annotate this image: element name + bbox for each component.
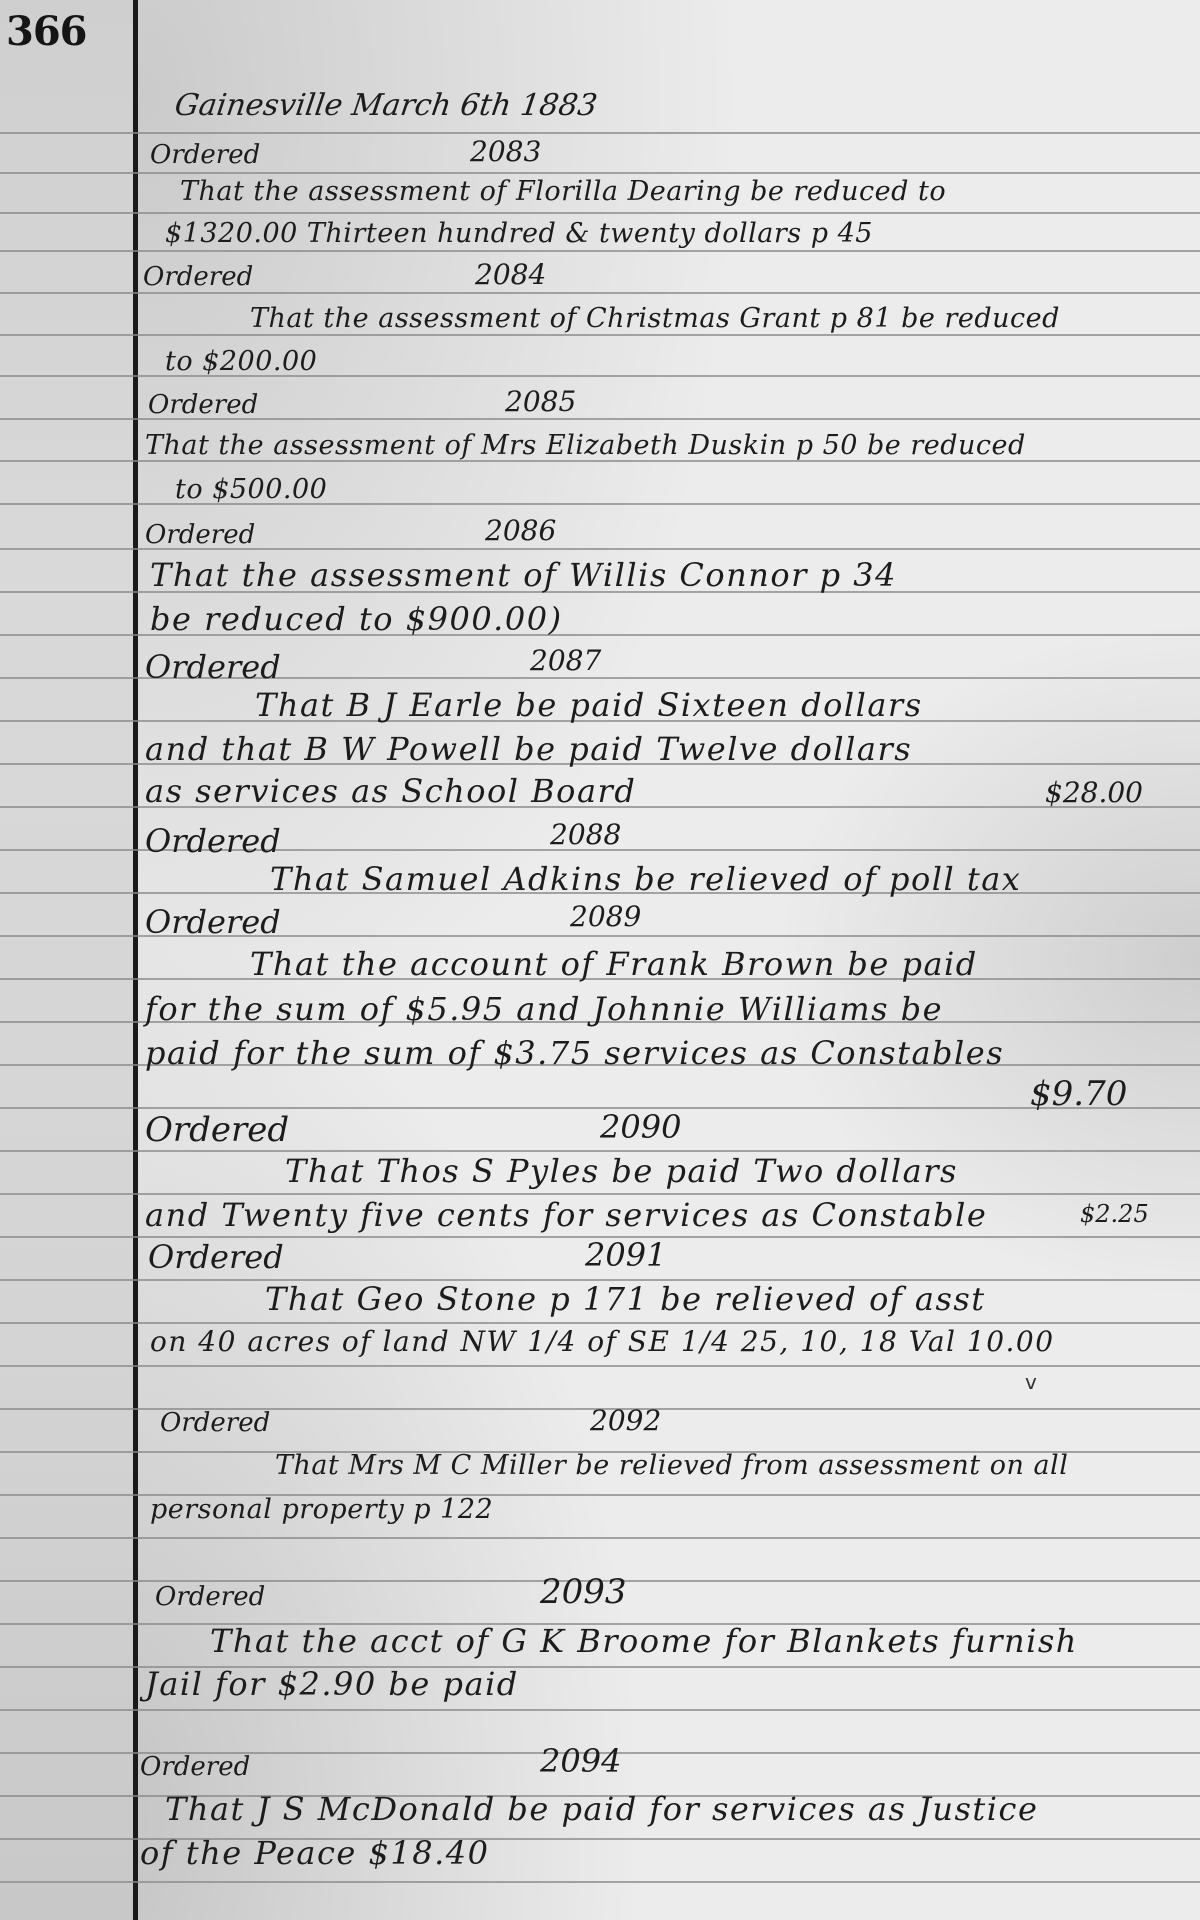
entry-label: Ordered <box>145 822 281 860</box>
entry-line: on 40 acres of land NW 1/4 of SE 1/4 25,… <box>150 1325 1055 1358</box>
entry-number: 2088 <box>550 818 621 851</box>
entry-number: 2086 <box>485 514 556 547</box>
entry-label: Ordered <box>160 1408 270 1438</box>
entry-line: That the assessment of Florilla Dearing … <box>180 176 946 207</box>
ruled-line <box>0 132 1200 134</box>
ruled-line <box>0 212 1200 214</box>
entry-label: Ordered <box>145 1110 289 1150</box>
entry-label: Ordered <box>145 520 255 550</box>
ledger-page: 366 Gainesville March 6th 1883 Ordered 2… <box>0 0 1200 1920</box>
entry-line: and Twenty five cents for services as Co… <box>145 1196 987 1234</box>
entry-number: 2087 <box>530 644 601 677</box>
entry-line: for the sum of $5.95 and Johnnie William… <box>145 990 943 1028</box>
entry-line: personal property p 122 <box>150 1494 493 1525</box>
entry-line: as services as School Board <box>145 772 636 810</box>
ruled-line <box>0 1881 1200 1883</box>
entry-amount: $9.70 <box>1030 1074 1127 1114</box>
entry-label: Ordered <box>148 1238 284 1276</box>
entry-line: $1320.00 Thirteen hundred & twenty dolla… <box>165 218 873 249</box>
entry-number: 2093 <box>540 1572 627 1612</box>
entry-line: That the account of Frank Brown be paid <box>250 945 978 983</box>
entry-line: That Geo Stone p 171 be relieved of asst <box>265 1280 986 1318</box>
check-mark: v <box>1025 1370 1037 1394</box>
entry-label: Ordered <box>148 390 258 420</box>
entry-line: That the acct of G K Broome for Blankets… <box>210 1622 1078 1660</box>
entry-number: 2091 <box>585 1236 666 1274</box>
entry-line: to $500.00 <box>175 474 327 505</box>
entry-line: of the Peace $18.40 <box>140 1834 489 1872</box>
entry-number: 2084 <box>475 258 546 291</box>
entry-line: That Thos S Pyles be paid Two dollars <box>285 1152 958 1190</box>
entry-line: That Mrs M C Miller be relieved from ass… <box>275 1450 1068 1481</box>
entry-number: 2090 <box>600 1108 681 1146</box>
entry-line: That B J Earle be paid Sixteen dollars <box>255 686 923 724</box>
page-number: 366 <box>6 8 87 55</box>
entry-line: and that B W Powell be paid Twelve dolla… <box>145 730 912 768</box>
entry-label: Ordered <box>145 648 281 686</box>
ruled-line <box>0 292 1200 294</box>
entry-amount: $28.00 <box>1045 776 1143 809</box>
ruled-line <box>0 1709 1200 1711</box>
ruled-line <box>0 1193 1200 1195</box>
ruled-line <box>0 1537 1200 1539</box>
entry-label: Ordered <box>150 140 260 170</box>
entry-line: That the assessment of Willis Connor p 3… <box>150 556 897 594</box>
entry-number: 2085 <box>505 385 576 418</box>
margin-rule-line <box>133 0 138 1920</box>
entry-line: That the assessment of Christmas Grant p… <box>250 303 1060 334</box>
entry-line: be reduced to $900.00) <box>150 600 563 638</box>
entry-number: 2089 <box>570 900 641 933</box>
entry-number: 2094 <box>540 1742 621 1780</box>
entry-line: That Samuel Adkins be relieved of poll t… <box>270 860 1021 898</box>
entry-label: Ordered <box>140 1752 250 1782</box>
entry-label: Ordered <box>143 262 253 292</box>
entry-number: 2092 <box>590 1404 661 1437</box>
entry-line: That the assessment of Mrs Elizabeth Dus… <box>145 430 1026 461</box>
ruled-line <box>0 250 1200 252</box>
entry-label: Ordered <box>145 903 281 941</box>
entry-line: paid for the sum of $3.75 services as Co… <box>145 1034 1004 1072</box>
entry-number: 2083 <box>470 135 541 168</box>
page-heading-date: Gainesville March 6th 1883 <box>173 88 600 123</box>
entry-label: Ordered <box>155 1582 265 1612</box>
entry-line: to $200.00 <box>165 346 317 377</box>
entry-line: Jail for $2.90 be paid <box>145 1665 519 1703</box>
ruled-line <box>0 1322 1200 1324</box>
ruled-line <box>0 334 1200 336</box>
left-margin-column <box>0 0 135 1920</box>
ruled-line <box>0 172 1200 174</box>
ruled-line <box>0 1365 1200 1367</box>
entry-amount: $2.25 <box>1080 1200 1149 1228</box>
entry-line: That J S McDonald be paid for services a… <box>165 1790 1038 1828</box>
